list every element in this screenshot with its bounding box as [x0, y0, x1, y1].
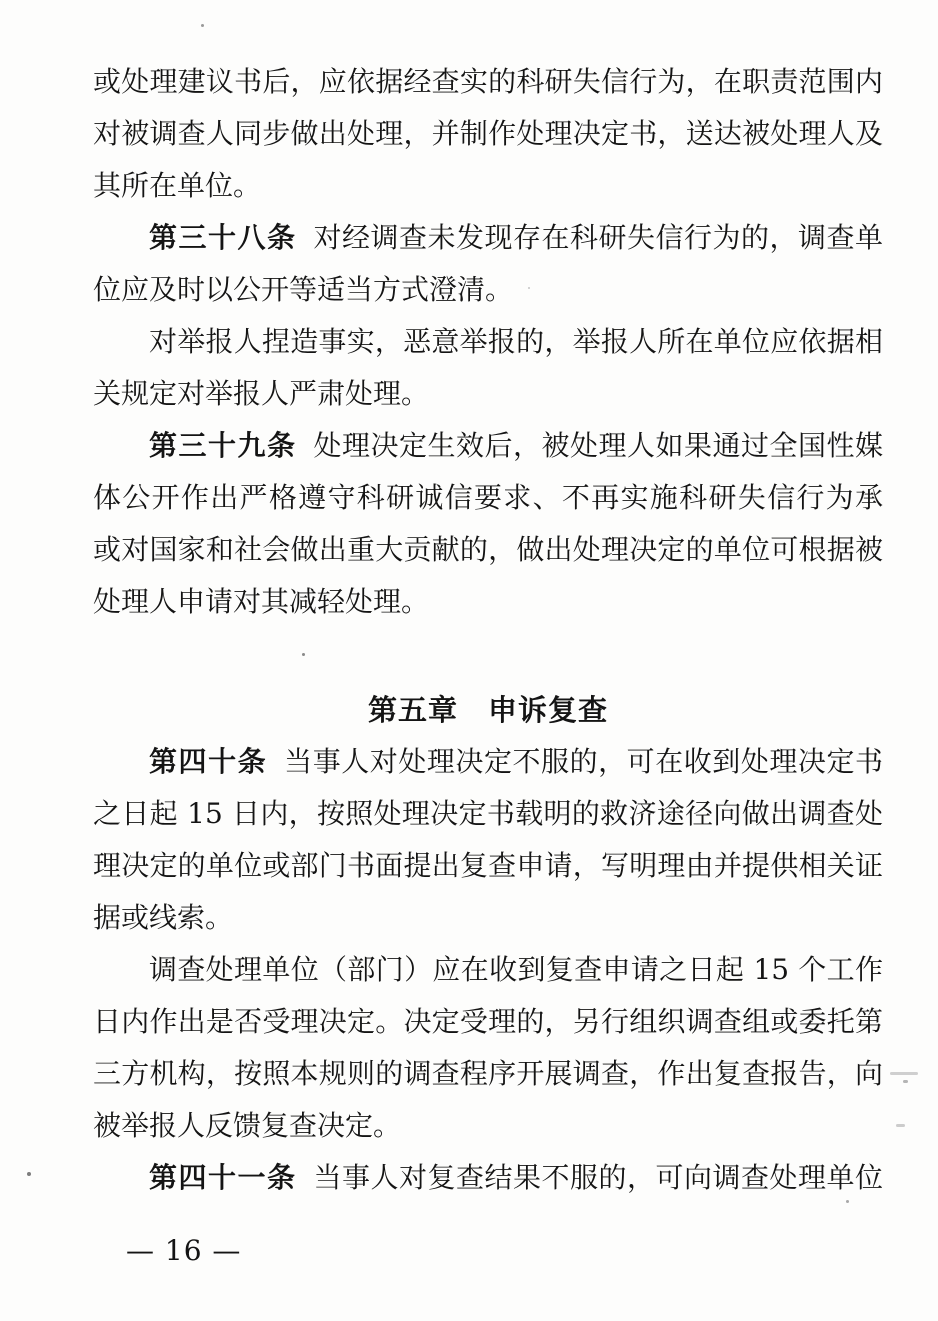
text-line: 调查处理单位（部门）应在收到复查申请之日起 15 个工作 — [93, 944, 883, 996]
article-number-label: 第三十八条 — [149, 221, 297, 254]
scan-speck — [201, 24, 204, 27]
text-line: 关规定对举报人严肃处理。 — [93, 368, 883, 420]
scan-speck — [846, 1200, 849, 1203]
article-text: 对经调查未发现存在科研失信行为的，调查单 — [314, 221, 883, 254]
text-line: 或对国家和社会做出重大贡献的，做出处理决定的单位可根据被 — [93, 524, 883, 576]
text-line: 理决定的单位或部门书面提出复查申请，写明理由并提供相关证 — [93, 840, 883, 892]
scan-speck — [391, 287, 393, 289]
article-text: 处理决定生效后，被处理人如果通过全国性媒 — [314, 429, 883, 462]
scan-speck — [903, 1080, 908, 1083]
text-line: 第四十一条当事人对复查结果不服的，可向调查处理单位 — [93, 1152, 883, 1204]
text-line: 第三十九条处理决定生效后，被处理人如果通过全国性媒 — [93, 420, 883, 472]
text-line: 据或线索。 — [93, 892, 883, 944]
text-line: 之日起 15 日内，按照处理决定书载明的救济途径向做出调查处 — [93, 788, 883, 840]
text-line: 位应及时以公开等适当方式澄清。 — [93, 264, 883, 316]
paragraph-article-41: 第四十一条当事人对复查结果不服的，可向调查处理单位 — [93, 1152, 883, 1204]
text-line: 或处理建议书后，应依据经查实的科研失信行为，在职责范围内 — [93, 56, 883, 108]
paragraph-article-38: 第三十八条对经调查未发现存在科研失信行为的，调查单 位应及时以公开等适当方式澄清… — [93, 212, 883, 316]
document-text-block: 或处理建议书后，应依据经查实的科研失信行为，在职责范围内 对被调查人同步做出处理… — [93, 56, 883, 1204]
text-line: 体公开作出严格遵守科研诚信要求、不再实施科研失信行为承诺， — [93, 472, 883, 524]
scanned-document-page: 或处理建议书后，应依据经查实的科研失信行为，在职责范围内 对被调查人同步做出处理… — [0, 0, 938, 1321]
paragraph-review-handling: 调查处理单位（部门）应在收到复查申请之日起 15 个工作 日内作出是否受理决定。… — [93, 944, 883, 1152]
article-text: 当事人对复查结果不服的，可向调查处理单位 — [314, 1161, 883, 1194]
article-number-label: 第三十九条 — [149, 429, 297, 462]
article-text: 当事人对处理决定不服的，可在收到处理决定书 — [284, 745, 883, 778]
chapter-heading: 第五章 申诉复查 — [93, 684, 883, 736]
scan-speck — [302, 653, 305, 656]
text-line: 第四十条当事人对处理决定不服的，可在收到处理决定书 — [93, 736, 883, 788]
text-line: 第三十八条对经调查未发现存在科研失信行为的，调查单 — [93, 212, 883, 264]
text-line: 三方机构，按照本规则的调查程序开展调查，作出复查报告，向 — [93, 1048, 883, 1100]
text-line: 对被调查人同步做出处理，并制作处理决定书，送达被处理人及 — [93, 108, 883, 160]
paragraph-article-40: 第四十条当事人对处理决定不服的，可在收到处理决定书 之日起 15 日内，按照处理… — [93, 736, 883, 944]
scan-speck — [890, 1072, 918, 1075]
text-line: 其所在单位。 — [93, 160, 883, 212]
page-number: — 16 — — [126, 1234, 241, 1267]
paragraph-article-39: 第三十九条处理决定生效后，被处理人如果通过全国性媒 体公开作出严格遵守科研诚信要… — [93, 420, 883, 628]
paragraph-malicious-report: 对举报人捏造事实，恶意举报的，举报人所在单位应依据相 关规定对举报人严肃处理。 — [93, 316, 883, 420]
article-number-label: 第四十条 — [149, 745, 267, 778]
article-number-label: 第四十一条 — [149, 1161, 297, 1194]
text-line: 处理人申请对其减轻处理。 — [93, 576, 883, 628]
scan-speck — [27, 1172, 31, 1176]
text-line: 对举报人捏造事实，恶意举报的，举报人所在单位应依据相 — [93, 316, 883, 368]
paragraph-continuation: 或处理建议书后，应依据经查实的科研失信行为，在职责范围内 对被调查人同步做出处理… — [93, 56, 883, 212]
scan-speck — [896, 1124, 905, 1127]
text-line: 被举报人反馈复查决定。 — [93, 1100, 883, 1152]
text-line: 日内作出是否受理决定。决定受理的，另行组织调查组或委托第 — [93, 996, 883, 1048]
scan-speck — [528, 287, 530, 289]
